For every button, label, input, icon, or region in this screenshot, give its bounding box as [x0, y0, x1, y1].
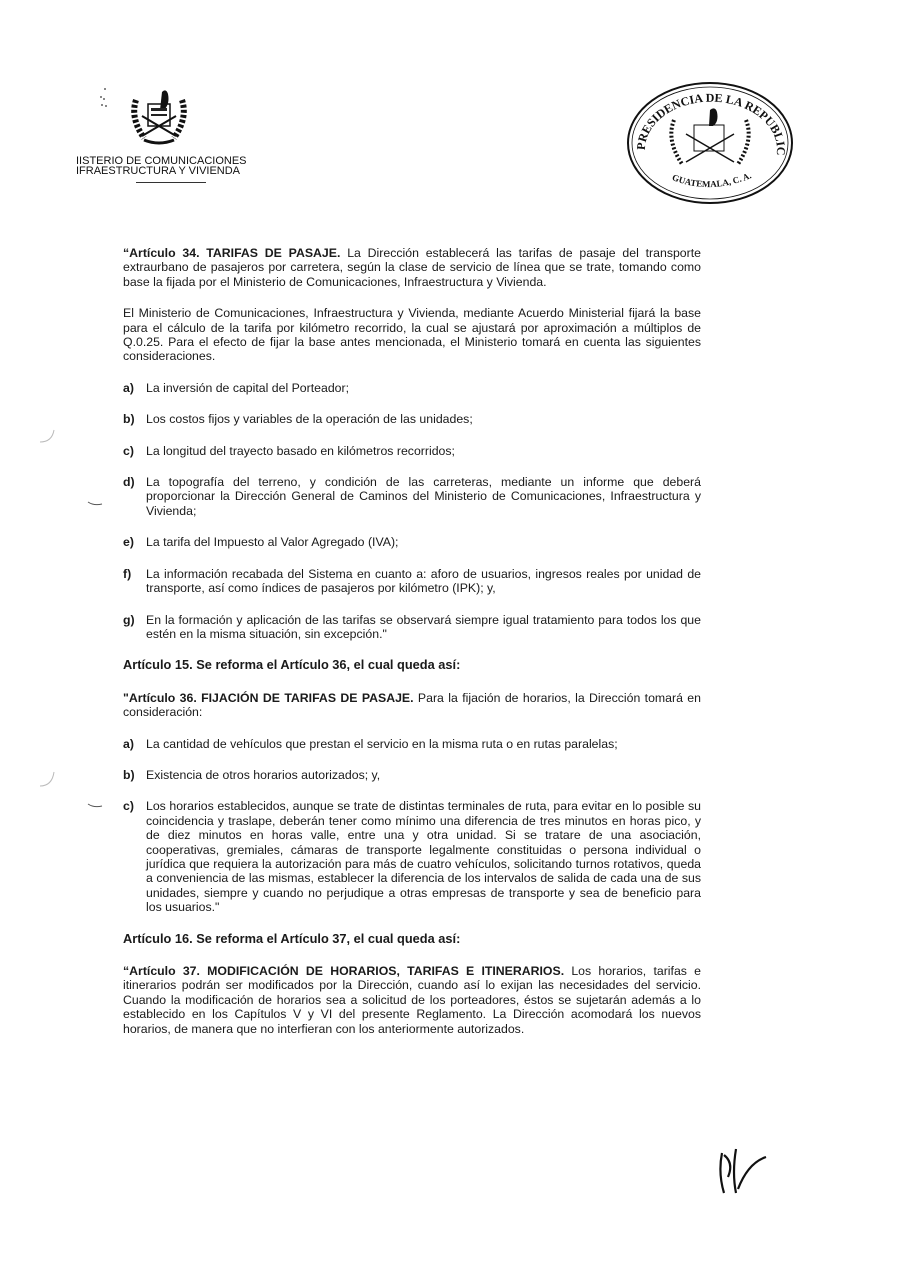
list-text: La longitud del trayecto basado en kilóm… — [146, 444, 701, 458]
list-text: Existencia de otros horarios autorizados… — [146, 768, 701, 782]
list-item: b)Los costos fijos y variables de la ope… — [123, 412, 701, 426]
document-body: “Artículo 34. TARIFAS DE PASAJE. La Dire… — [123, 246, 701, 1053]
article-37-paragraph: “Artículo 37. MODIFICACIÓN DE HORARIOS, … — [123, 964, 701, 1036]
list-label: b) — [123, 412, 146, 426]
seal-text-bottom: GUATEMALA, C. A. — [671, 170, 753, 189]
ministry-line-2: IFRAESTRUCTURA Y VIVIENDA — [76, 166, 247, 176]
margin-hole-mark — [36, 428, 56, 448]
article-34-base-paragraph: El Ministerio de Comunicaciones, Infraes… — [123, 306, 701, 364]
margin-hole-mark — [36, 770, 56, 790]
article-34-title: “Artículo 34. TARIFAS DE PASAJE. — [123, 246, 340, 260]
list-item: c)Los horarios establecidos, aunque se t… — [123, 799, 701, 914]
list-label: d) — [123, 475, 146, 518]
list-label: b) — [123, 768, 146, 782]
svg-text:GUATEMALA, C. A.: GUATEMALA, C. A. — [671, 170, 753, 189]
list-text: La topografía del terreno, y condición d… — [146, 475, 701, 518]
list-label: g) — [123, 613, 146, 642]
list-item: a)La inversión de capital del Porteador; — [123, 381, 701, 395]
list-label: c) — [123, 799, 146, 914]
article-16-heading: Artículo 16. Se reforma el Artículo 37, … — [123, 932, 701, 946]
list-item: e)La tarifa del Impuesto al Valor Agrega… — [123, 535, 701, 549]
list-item: c)La longitud del trayecto basado en kil… — [123, 444, 701, 458]
list-label: a) — [123, 381, 146, 395]
presidency-seal: PRESIDENCIA DE LA REPUBLICA GUATEMALA, C… — [624, 80, 796, 206]
letterhead-rule — [136, 182, 206, 183]
list-text: En la formación y aplicación de las tari… — [146, 613, 701, 642]
svg-text:PRESIDENCIA DE LA REPUBLICA: PRESIDENCIA DE LA REPUBLICA — [624, 80, 788, 156]
seal-text-top: PRESIDENCIA DE LA REPUBLICA — [624, 80, 788, 156]
list-item: g)En la formación y aplicación de las ta… — [123, 613, 701, 642]
ministry-letterhead: IISTERIO DE COMUNICACIONES IFRAESTRUCTUR… — [76, 156, 247, 183]
list-label: c) — [123, 444, 146, 458]
list-label: f) — [123, 567, 146, 596]
signature-initials — [714, 1143, 774, 1203]
article-36-title: "Artículo 36. FIJACIÓN DE TARIFAS DE PAS… — [123, 691, 414, 705]
list-text: La inversión de capital del Porteador; — [146, 381, 701, 395]
margin-tick-mark — [86, 494, 106, 514]
list-item: b)Existencia de otros horarios autorizad… — [123, 768, 701, 782]
list-label: e) — [123, 535, 146, 549]
list-text: Los costos fijos y variables de la opera… — [146, 412, 701, 426]
list-item: f)La información recabada del Sistema en… — [123, 567, 701, 596]
article-34-paragraph: “Artículo 34. TARIFAS DE PASAJE. La Dire… — [123, 246, 701, 289]
list-item: d)La topografía del terreno, y condición… — [123, 475, 701, 518]
list-text: La información recabada del Sistema en c… — [146, 567, 701, 596]
list-text: La cantidad de vehículos que prestan el … — [146, 737, 701, 751]
article-36-paragraph: "Artículo 36. FIJACIÓN DE TARIFAS DE PAS… — [123, 691, 701, 720]
article-15-heading: Artículo 15. Se reforma el Artículo 36, … — [123, 658, 701, 672]
speckle-marks — [95, 86, 115, 108]
margin-tick-mark — [86, 796, 106, 816]
list-text: La tarifa del Impuesto al Valor Agregado… — [146, 535, 701, 549]
list-label: a) — [123, 737, 146, 751]
article-37-title: “Artículo 37. MODIFICACIÓN DE HORARIOS, … — [123, 964, 564, 978]
coat-of-arms-emblem — [122, 86, 196, 148]
list-text: Los horarios establecidos, aunque se tra… — [146, 799, 701, 914]
list-item: a)La cantidad de vehículos que prestan e… — [123, 737, 701, 751]
